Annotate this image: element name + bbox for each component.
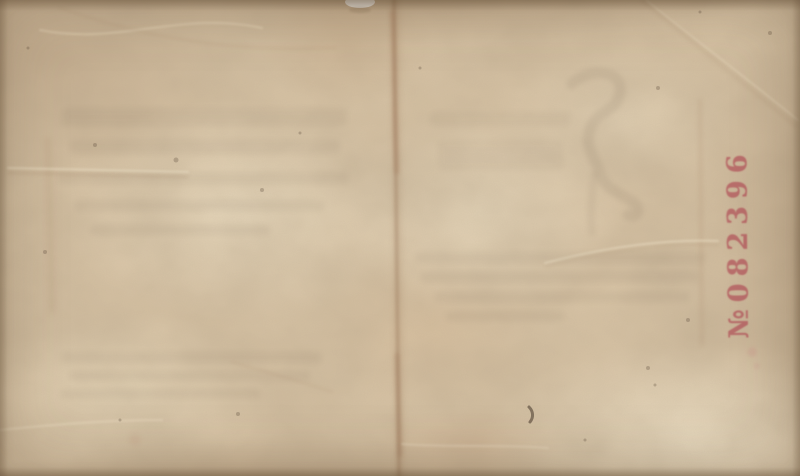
banknote-photo: №082396 [0, 0, 800, 476]
edge-vignette [0, 0, 800, 476]
